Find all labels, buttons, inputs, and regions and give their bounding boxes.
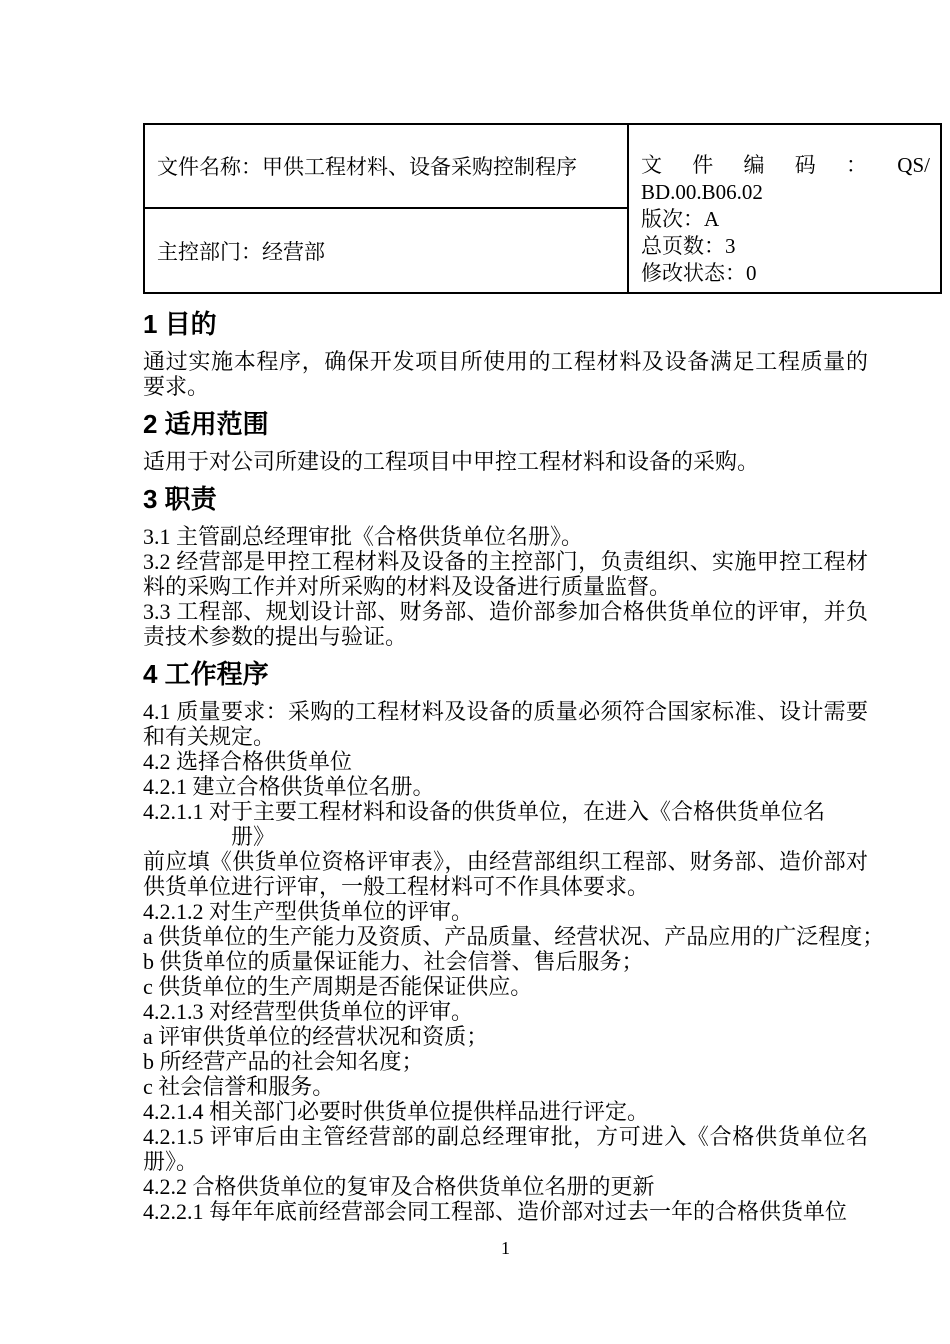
clause-4-2-1-2-item-c: c 供货单位的生产周期是否能保证供应。 [143, 974, 868, 999]
clause-4-1: 4.1 质量要求：采购的工程材料及设备的质量必须符合国家标准、设计需要和有关规定… [143, 699, 868, 749]
clause-3-2: 3.2 经营部是甲控工程材料及设备的主控部门，负责组织、实施甲控工程材料的采购工… [143, 549, 868, 599]
doc-revision-status: 修改状态：0 [641, 260, 930, 287]
page-number: 1 [143, 1238, 868, 1259]
paragraph-purpose: 通过实施本程序，确保开发项目所使用的工程材料及设备满足工程质量的要求。 [143, 349, 868, 399]
clause-4-2-1-2: 4.2.1.2 对生产型供货单位的评审。 [143, 899, 868, 924]
section-heading-purpose: 1 目的 [143, 308, 892, 340]
clause-4-2-1-5: 4.2.1.5 评审后由主管经营部的副总经理审批，方可进入《合格供货单位名册》。 [143, 1124, 868, 1174]
section-heading-scope: 2 适用范围 [143, 408, 892, 440]
doc-dept-cell: 主控部门：经营部 [144, 208, 628, 293]
clause-4-2-1-4: 4.2.1.4 相关部门必要时供货单位提供样品进行评定。 [143, 1099, 868, 1124]
doc-code-line2: BD.00.B06.02 [641, 179, 930, 206]
clause-4-2-1-1: 4.2.1.1 对于主要工程材料和设备的供货单位，在进入《合格供货单位名 [143, 799, 868, 824]
clause-3-1: 3.1 主管副总经理审批《合格供货单位名册》。 [143, 524, 868, 549]
clause-4-2-2: 4.2.2 合格供货单位的复审及合格供货单位名册的更新 [143, 1174, 868, 1199]
clause-4-2-1-1-continuation: 册》 [143, 824, 868, 849]
clause-4-2-1-1-body: 前应填《供货单位资格评审表》，由经营部组织工程部、财务部、造价部对供货单位进行评… [143, 849, 868, 899]
doc-meta-cell: 文 件 编 码 ： QS/ BD.00.B06.02 版次：A 总页数：3 修改… [628, 124, 941, 293]
clause-4-2-1-3-item-c: c 社会信誉和服务。 [143, 1074, 868, 1099]
document-content: 文件名称：甲供工程材料、设备采购控制程序 文 件 编 码 ： QS/ BD.00… [143, 123, 892, 1224]
clause-4-2-1-3: 4.2.1.3 对经营型供货单位的评审。 [143, 999, 868, 1024]
doc-version: 版次：A [641, 206, 930, 233]
clause-4-2-1-2-item-b: b 供货单位的质量保证能力、社会信誉、售后服务； [143, 949, 868, 974]
doc-total-pages: 总页数：3 [641, 233, 930, 260]
paragraph-scope: 适用于对公司所建设的工程项目中甲控工程材料和设备的采购。 [143, 449, 868, 474]
clause-4-2-1-2-item-a: a 供货单位的生产能力及资质、产品质量、经营状况、产品应用的广泛程度； [143, 924, 892, 949]
section-heading-responsibilities: 3 职责 [143, 483, 892, 515]
clause-3-3: 3.3 工程部、规划设计部、财务部、造价部参加合格供货单位的评审，并负责技术参数… [143, 599, 868, 649]
clause-4-2-1-3-item-a: a 评审供货单位的经营状况和资质； [143, 1024, 868, 1049]
doc-code-line1: 文 件 编 码 ： QS/ [641, 152, 930, 179]
document-page: 文件名称：甲供工程材料、设备采购控制程序 文 件 编 码 ： QS/ BD.00… [0, 0, 950, 1344]
clause-4-2-2-1: 4.2.2.1 每年年底前经营部会同工程部、造价部对过去一年的合格供货单位 [143, 1199, 868, 1224]
clause-4-2: 4.2 选择合格供货单位 [143, 749, 868, 774]
clause-4-2-1: 4.2.1 建立合格供货单位名册。 [143, 774, 868, 799]
section-heading-procedure: 4 工作程序 [143, 658, 892, 690]
clause-4-2-1-3-item-b: b 所经营产品的社会知名度； [143, 1049, 868, 1074]
doc-name-cell: 文件名称：甲供工程材料、设备采购控制程序 [144, 124, 628, 208]
document-header-table: 文件名称：甲供工程材料、设备采购控制程序 文 件 编 码 ： QS/ BD.00… [143, 123, 942, 294]
